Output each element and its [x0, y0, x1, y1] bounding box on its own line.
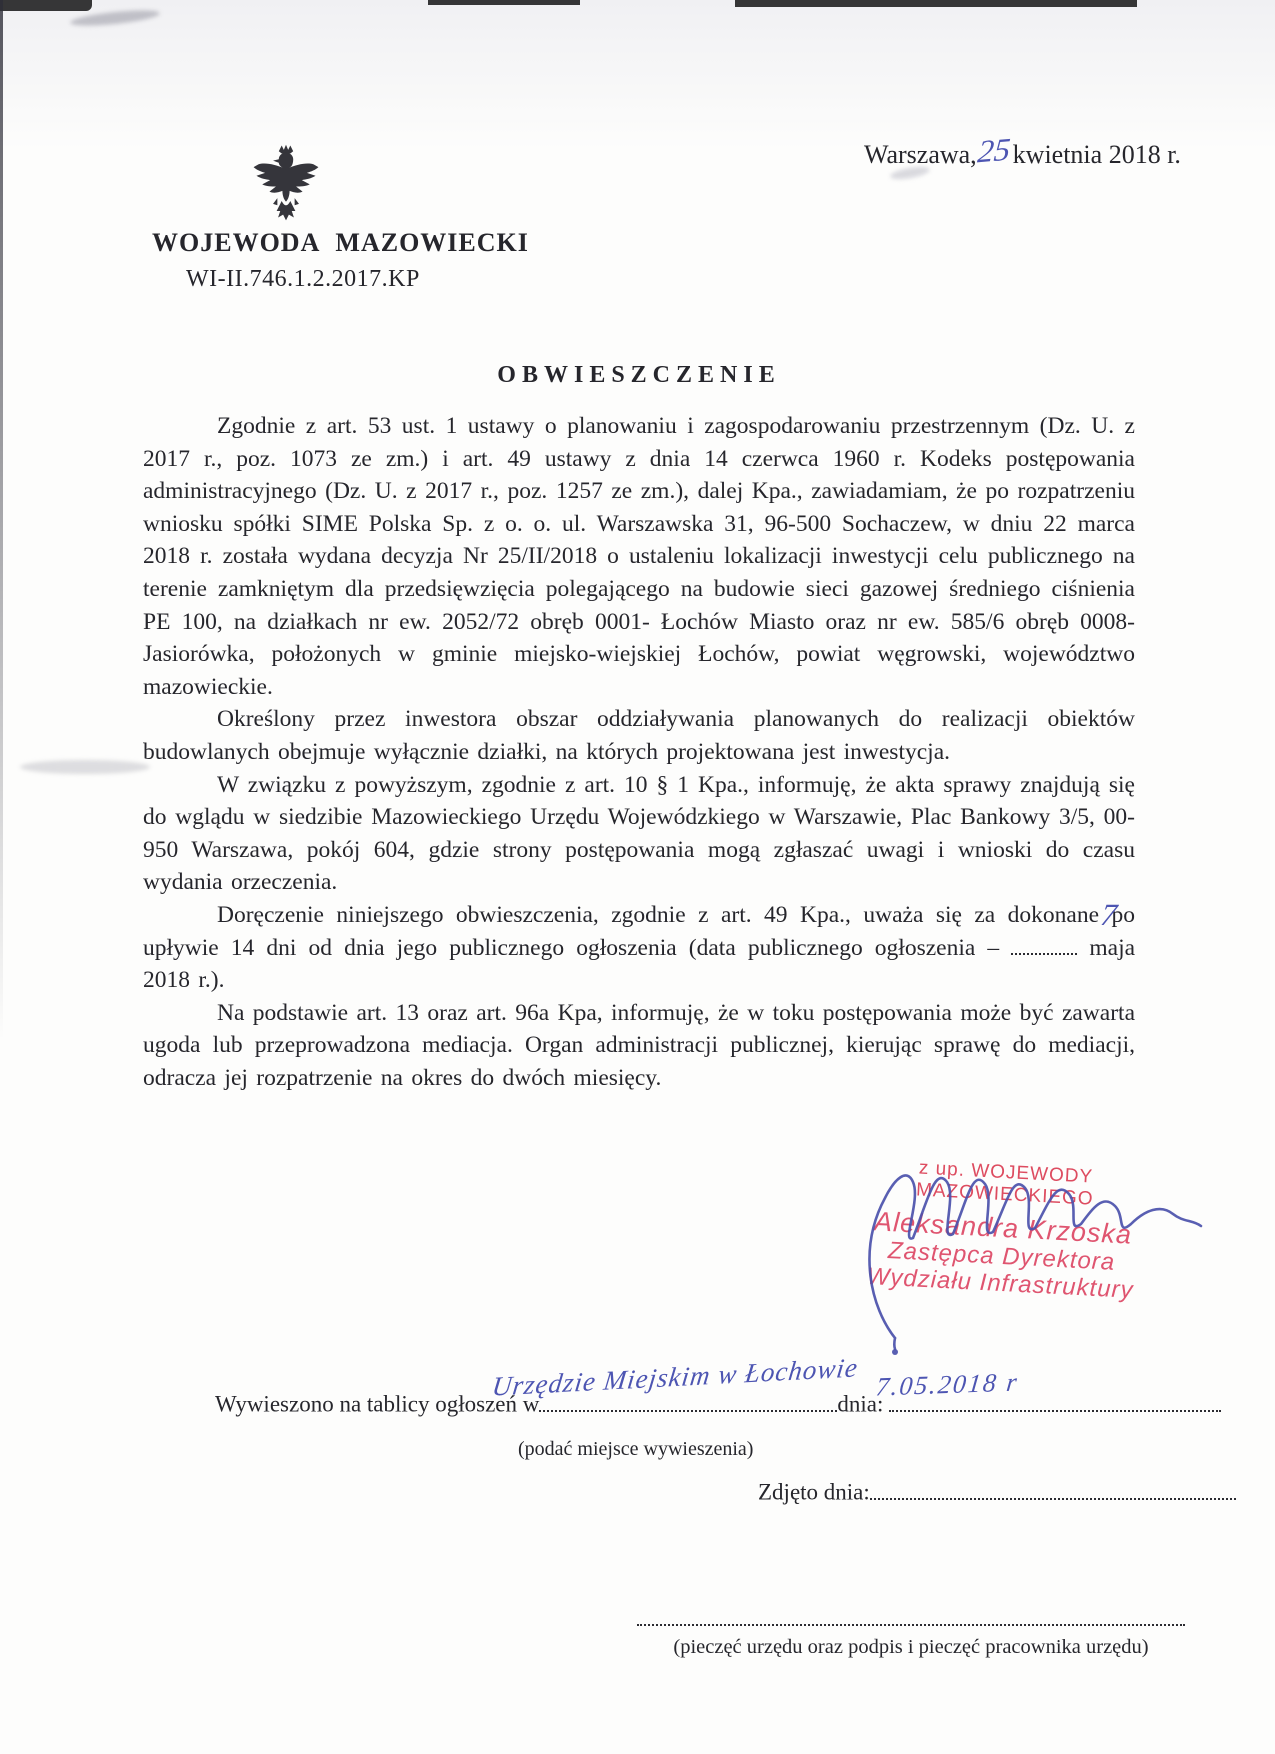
- stamp-signature-caption: (pieczęć urzędu oraz podpis i pieczęć pr…: [637, 1636, 1185, 1659]
- scan-artifact-top-right: [735, 0, 1137, 7]
- paragraph-impact-area: Określony przez inwestora obszar oddział…: [143, 703, 1135, 768]
- case-reference-number: WI-II.746.1.2.2017.KP: [186, 266, 420, 293]
- scan-smudge: [20, 760, 150, 774]
- polish-eagle-icon: [250, 142, 322, 234]
- date-rest: kwietnia 2018 r.: [1013, 140, 1181, 169]
- handwritten-publication-day: 7: [1025, 899, 1119, 932]
- dotted-date-blank: 7: [1011, 933, 1077, 955]
- issuing-office-name: WOJEWODA MAZOWIECKI: [152, 228, 529, 258]
- handwritten-posting-date: 7.05.2018 r: [874, 1367, 1020, 1402]
- handwritten-day-of-month: 25: [976, 131, 1012, 171]
- paragraph-legal-basis: Zgodnie z art. 53 ust. 1 ustawy o planow…: [143, 410, 1135, 703]
- removed-label: Zdjęto dnia:: [758, 1480, 870, 1505]
- paragraph-files-inspection: W związku z powyższym, zgodnie z art. 10…: [143, 769, 1135, 899]
- stamp-signature-dotted-line: [637, 1608, 1185, 1626]
- signature-block: z up. WOJEWODY MAZOWIECKIEGO Aleksandra …: [795, 1146, 1225, 1396]
- removal-record-line: Zdjęto dnia:: [758, 1478, 1236, 1506]
- posting-record-line: Wywieszono na tablicy ogłoszeń wdnia:: [215, 1390, 1221, 1418]
- scan-artifact-top-left: [0, 0, 92, 11]
- scan-artifact-top-middle: [428, 0, 580, 5]
- document-body: Zgodnie z art. 53 ust. 1 ustawy o planow…: [143, 410, 1135, 1094]
- paragraph-delivery: Doręczenie niniejszego obwieszczenia, zg…: [143, 899, 1135, 997]
- paragraph-mediation: Na podstawie art. 13 oraz art. 96a Kpa, …: [143, 997, 1135, 1095]
- posting-place-hint: (podać miejsce wywieszenia): [518, 1438, 918, 1461]
- removed-date-dotted-line: [870, 1478, 1236, 1500]
- city-label: Warszawa,: [864, 140, 977, 169]
- scan-shading: [0, 0, 1275, 150]
- scanned-document-page: Warszawa,25kwietnia 2018 r. WOJEWODA MAZ…: [0, 0, 1275, 1754]
- document-title: OBWIESZCZENIE: [143, 362, 1135, 389]
- handwritten-signature: [795, 1146, 1225, 1396]
- paragraph-delivery-text: Doręczenie niniejszego obwieszczenia, zg…: [143, 902, 1135, 961]
- scan-artifact-left-edge: [0, 0, 3, 1040]
- place-and-date-line: Warszawa,25kwietnia 2018 r.: [864, 134, 1181, 171]
